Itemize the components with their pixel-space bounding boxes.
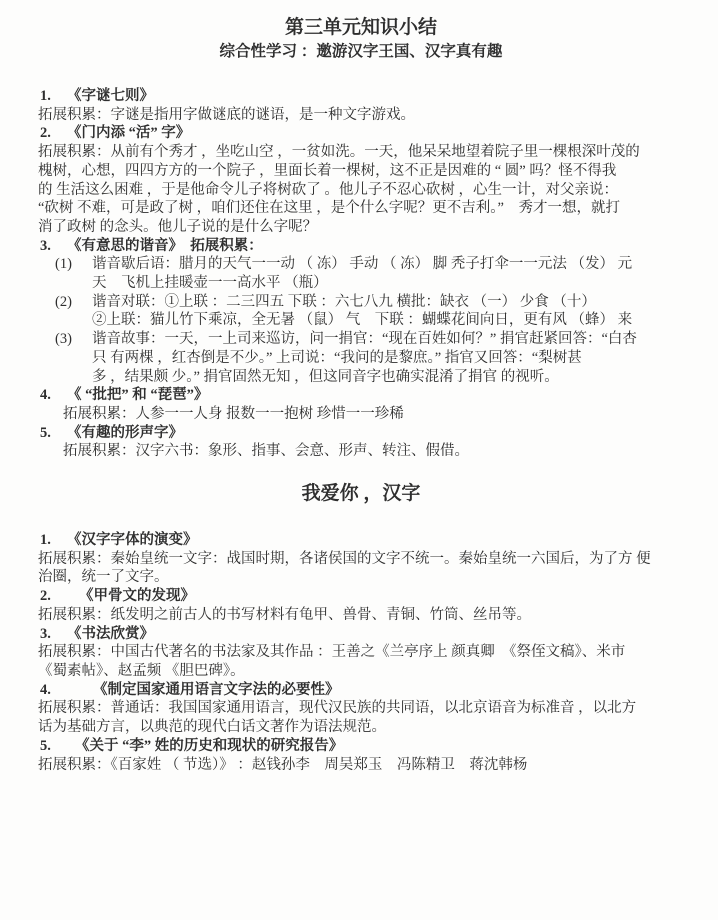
- section-number: 4.: [38, 386, 67, 405]
- doc-subtitle: 综合性学习 ：邀游汉字王国、汉字真有趣: [38, 42, 684, 61]
- list-item-marker: (3): [55, 330, 92, 386]
- section-number: 3.: [38, 625, 67, 644]
- section-body: 拓展积累：从前有个秀才 ，坐吃山空 ，一贫如洗。一天，他呆呆地望着院子里一棵根深…: [38, 143, 684, 237]
- list-item-text: 谐音故事：一天，一上司来巡访，问一捐官：“现在百姓如何？” 捐官赶紧回答：“白杏…: [92, 330, 684, 386]
- list-item-text: 谐音歇后语：腊月的天气一一动 （ 冻） 手动 （ 冻） 脚 秃子打伞一一元法 （…: [92, 255, 684, 292]
- section-number: 4.: [38, 681, 67, 700]
- section-heading-row: 1. 《汉字字体的演变》: [38, 531, 684, 550]
- section-body: 拓展积累：纸发明之前古人的书写材料有龟甲、兽骨、青铜、竹筒、丝吊等。: [38, 606, 684, 625]
- list-item: (1) 谐音歇后语：腊月的天气一一动 （ 冻） 手动 （ 冻） 脚 秃子打伞一一…: [38, 255, 684, 292]
- section-title: 《 “批把” 和 “琵琶”》: [67, 386, 208, 405]
- section-heading-row: 1. 《字谜七则》: [38, 87, 684, 106]
- section-title: 《关于 “李” 姓的历史和现状的研究报告》: [75, 737, 343, 756]
- section-heading-row: 5. 《有趣的形声字》: [38, 424, 684, 443]
- section-body: 拓展积累：汉字六书：象形、指事、会意、形声、转注、假借。: [63, 442, 684, 461]
- section-body: 拓展积累：字谜是指用字做谜底的谜语，是一种文字游戏。: [38, 106, 684, 125]
- section-title: 《汉字字体的演变》: [67, 531, 198, 550]
- section-body: 拓展积累：人参一一人身 报数一一抱树 珍惜一一珍稀: [63, 405, 684, 424]
- section-number: 5.: [38, 424, 67, 443]
- section-body: 拓展积累：普通话：我国国家通用语言，现代汉民族的共同语，以北京语音为标准音 ，以…: [38, 699, 684, 736]
- section-heading-row: 5. 《关于 “李” 姓的历史和现状的研究报告》: [38, 737, 684, 756]
- section-number: 1.: [38, 531, 67, 550]
- section-heading-row: 2. 《甲骨文的发现》: [38, 587, 684, 606]
- section-number: 2.: [38, 587, 67, 606]
- section-heading-row: 2. 《门内添 “活” 字》: [38, 124, 684, 143]
- section-body: 拓展积累：中国古代著名的书法家及其作品 ：王善之《兰亭序上 颜真卿 《祭侄文稿》…: [38, 643, 684, 680]
- section-title: 《有趣的形声字》: [67, 424, 183, 443]
- section-heading-row: 4. 《 “批把” 和 “琵琶”》: [38, 386, 684, 405]
- list-item: (3) 谐音故事：一天，一上司来巡访，问一捐官：“现在百姓如何？” 捐官赶紧回答…: [38, 330, 684, 386]
- list-item-marker: (2): [55, 293, 92, 330]
- section-title: 《书法欣赏》: [67, 625, 154, 644]
- list-item: (2) 谐音对联：①上联 ：二三四五 下联 ：六七八九 横批：缺衣 （一） 少食…: [38, 293, 684, 330]
- section-heading-row: 3. 《书法欣赏》: [38, 625, 684, 644]
- list-item-marker: (1): [55, 255, 92, 292]
- section-number: 5.: [38, 737, 67, 756]
- section-body: 拓展积累：《百家姓 （ 节选）》 ：赵钱孙李 周吴郑玉 冯陈精卫 蒋沈韩杨: [38, 756, 684, 775]
- section-title: 《有意思的谐音》 拓展积累：: [67, 237, 263, 256]
- doc-title: 第三单元知识小结: [38, 16, 684, 39]
- section-heading-row: 4. 《制定国家通用语言文字法的必要性》: [38, 681, 684, 700]
- section-body: 拓展积累：秦始皇统一文字：战国时期，各诸侯国的文字不统一。秦始皇统一六国后，为了…: [38, 550, 684, 587]
- doc-title-2: 我爱你 ，汉字: [38, 482, 684, 505]
- list-item-text: 谐音对联：①上联 ：二三四五 下联 ：六七八九 横批：缺衣 （一） 少食 （十）…: [92, 293, 684, 330]
- document-page: 第三单元知识小结 综合性学习 ：邀游汉字王国、汉字真有趣 1. 《字谜七则》 拓…: [0, 0, 718, 920]
- section-title: 《门内添 “活” 字》: [67, 124, 190, 143]
- section-title: 《甲骨文的发现》: [79, 587, 195, 606]
- section-title: 《制定国家通用语言文字法的必要性》: [93, 681, 340, 700]
- section-number: 2.: [38, 124, 67, 143]
- section-title: 《字谜七则》: [67, 87, 154, 106]
- section-number: 1.: [38, 87, 67, 106]
- section-number: 3.: [38, 237, 67, 256]
- section-heading-row: 3. 《有意思的谐音》 拓展积累：: [38, 237, 684, 256]
